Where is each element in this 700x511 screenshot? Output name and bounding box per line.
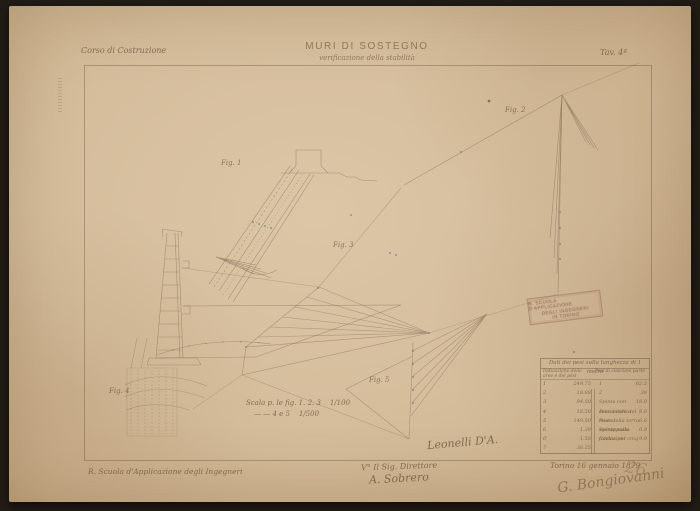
- row-desc-value: 9.9: [639, 435, 647, 444]
- table-row: 218.88 238: [541, 389, 649, 398]
- fig3-label: Fig. 3: [333, 241, 353, 249]
- row-index: 4: [543, 408, 546, 417]
- table-header-left: Indicazione delle aree e dei pesi: [541, 369, 593, 379]
- row-desc-value: 18.9: [636, 398, 647, 407]
- row-index: 6: [543, 426, 546, 435]
- table-row: 61.30 Spinta sulle fondazioni0.9: [541, 426, 649, 435]
- row-value: 38.25: [577, 444, 591, 453]
- row-value: 149.50: [574, 417, 592, 426]
- row-desc: 1: [599, 380, 602, 389]
- table-divider: [591, 389, 595, 454]
- fig4-drawing: [125, 338, 207, 436]
- row-desc-value: 38: [641, 389, 647, 398]
- row-value: 94.50: [577, 398, 591, 407]
- scale-line-2-value: 1/500: [299, 410, 319, 418]
- scale-line-1-value: 1/100: [330, 399, 350, 407]
- fig3-drawing: [193, 287, 558, 439]
- row-value: 18.88: [577, 389, 591, 398]
- table-row: 5149.50 Peso della terra sovrapposta6.6: [541, 417, 649, 426]
- paper: Corso di Costruzione MURI DI SOSTEGNO ve…: [9, 6, 691, 502]
- pencil-mark: 26: [623, 457, 648, 481]
- fig1-label: Fig. 1: [221, 159, 241, 167]
- table-header: Indicazione delle aree e dei pesi Pesi d…: [541, 369, 649, 380]
- row-index: 1: [543, 380, 546, 389]
- fig2-drawing: [404, 63, 639, 293]
- row-value: 1.30: [580, 426, 591, 435]
- table-row: 416.50 Peso totale del muro8.8: [541, 408, 649, 417]
- scale-line-1: Scala p. le fig. 1. 2. 3 1/100: [246, 399, 350, 407]
- fig2-label: Fig. 2: [505, 106, 525, 114]
- fig1-drawing: [147, 150, 401, 365]
- weights-table: Dati dei pesi sulla lunghezza di 1 metro…: [540, 358, 650, 454]
- row-desc: Peso della terra sovrapposta: [599, 417, 639, 426]
- scale-line-2-label: — — 4 e 5: [254, 410, 290, 418]
- row-index: 7: [543, 444, 546, 453]
- scale-line-1-label: Scala p. le fig. 1. 2. 3: [246, 399, 321, 407]
- fig4-label: Fig. 4: [109, 387, 129, 395]
- row-index: 5: [543, 417, 546, 426]
- scanned-sheet: Corso di Costruzione MURI DI SOSTEGNO ve…: [0, 0, 700, 511]
- row-index: 6': [543, 435, 548, 444]
- row-value: 16.50: [577, 408, 591, 417]
- table-title: Dati dei pesi sulla lunghezza di 1 metro: [541, 359, 649, 369]
- fig5-label: Fig. 5: [369, 376, 389, 384]
- table-row: 1249.75 162.5: [541, 380, 649, 389]
- table-row: 394.50 Spinta con sovraccarico18.9: [541, 398, 649, 407]
- row-index: 2: [543, 389, 546, 398]
- row-desc: 2: [599, 389, 602, 398]
- school-name: R. Scuola d'Applicazione degli Ingegneri: [88, 467, 243, 476]
- row-desc-value: 0.9: [639, 426, 647, 435]
- row-desc-value: 8.8: [639, 408, 647, 417]
- row-desc: Carico per cmq: [599, 435, 638, 444]
- row-desc-value: 62.5: [636, 380, 647, 389]
- table-row: 6'1.58 Carico per cmq9.9: [541, 435, 649, 444]
- row-value: 1.58: [580, 435, 591, 444]
- table-header-right: Pesi di ciascuna parte: [593, 369, 649, 379]
- row-desc: Peso totale del muro: [599, 408, 639, 417]
- table-body: 1249.75 162.5 218.88 238 394.50 Spinta c…: [541, 380, 649, 454]
- row-desc: Spinta con sovraccarico: [599, 398, 636, 407]
- row-index: 3: [543, 398, 546, 407]
- scale-line-2: — — 4 e 5 1/500: [254, 410, 319, 418]
- row-value: 249.75: [574, 380, 592, 389]
- table-row: 738.25: [541, 444, 649, 453]
- row-desc: Spinta sulle fondazioni: [599, 426, 639, 435]
- row-desc-value: 6.6: [639, 417, 647, 426]
